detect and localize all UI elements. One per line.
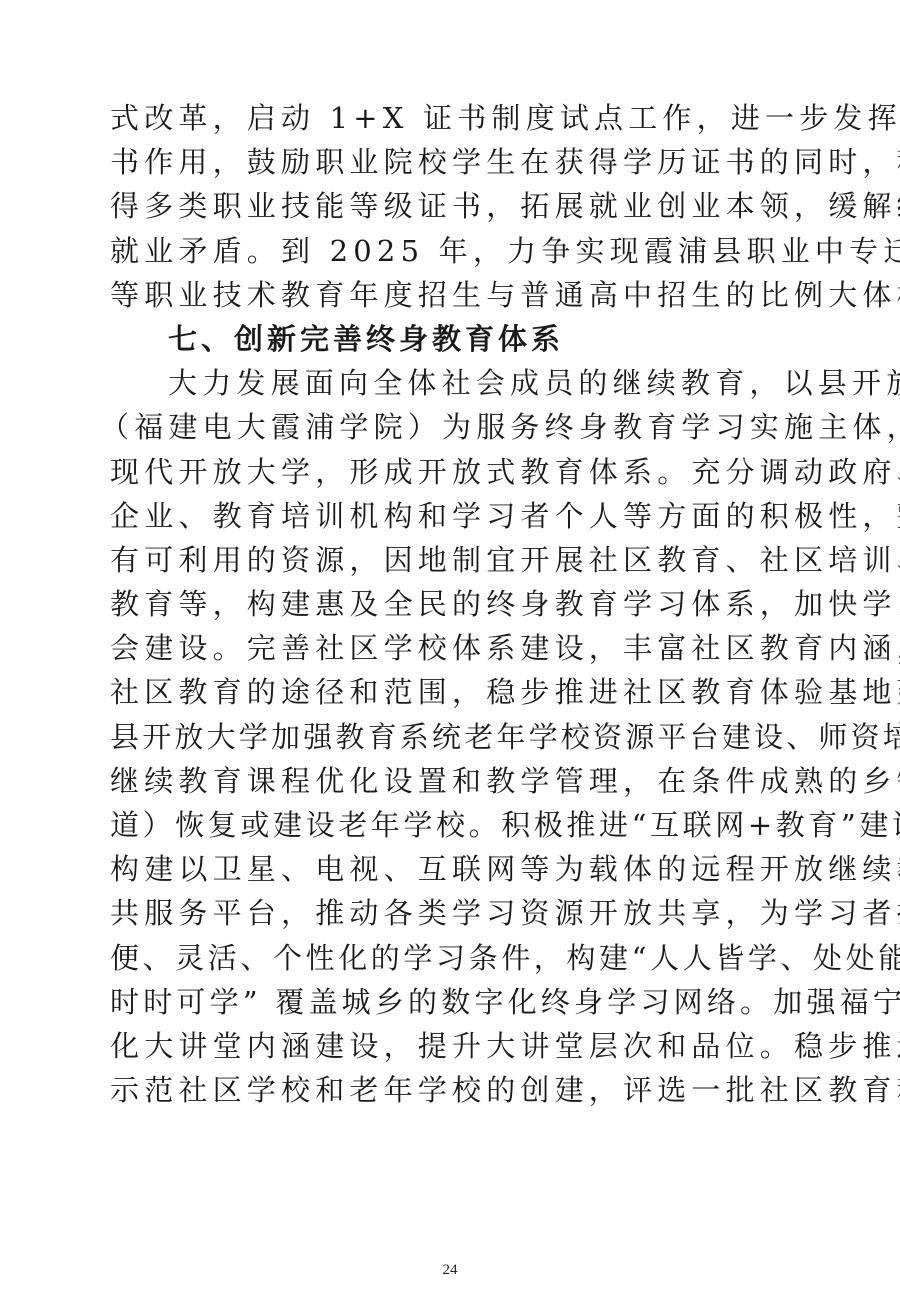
text-line: 时时可学” 覆盖城乡的数字化终身学习网络。加强福宁文 [110, 980, 810, 1024]
text-line: 书作用，鼓励职业院校学生在获得学历证书的同时，积极取 [110, 140, 810, 184]
text-line: 得多类职业技能等级证书，拓展就业创业本领，缓解结构性 [110, 184, 810, 228]
body-text: 式改革，启动 1+X 证书制度试点工作，进一步发挥好学历证 书作用，鼓励职业院校… [110, 96, 810, 1112]
text-line: 就业矛盾。到 2025 年，力争实现霞浦县职业中专迁建，中 [110, 229, 810, 273]
text-line: 社区教育的途径和范围，稳步推进社区教育体验基地建设。 [110, 670, 810, 714]
text-line: 有可利用的资源，因地制宜开展社区教育、社区培训、老年 [110, 538, 810, 582]
section-heading: 七、创新完善终身教育体系 [110, 317, 810, 361]
text-line: 等职业技术教育年度招生与普通高中招生的比例大体相当。 [110, 273, 810, 317]
text-line: 县开放大学加强教育系统老年学校资源平台建设、师资培训、 [110, 715, 810, 759]
text-line: 示范社区学校和老年学校的创建，评选一批社区教育和老年 [110, 1068, 810, 1112]
text-line: 构建以卫星、电视、互联网等为载体的远程开放继续教育公 [110, 847, 810, 891]
text-line: 化大讲堂内涵建设，提升大讲堂层次和品位。稳步推进县级 [110, 1024, 810, 1068]
document-page: 式改革，启动 1+X 证书制度试点工作，进一步发挥好学历证 书作用，鼓励职业院校… [0, 0, 900, 1299]
text-line: 道）恢复或建设老年学校。积极推进“互联网+教育”建设， [110, 803, 810, 847]
text-line: 会建设。完善社区学校体系建设，丰富社区教育内涵，扩大 [110, 626, 810, 670]
page-number: 24 [0, 1262, 900, 1279]
text-line: 继续教育课程优化设置和教学管理，在条件成熟的乡镇（街 [110, 759, 810, 803]
text-line: 式改革，启动 1+X 证书制度试点工作，进一步发挥好学历证 [110, 96, 810, 140]
text-line: 大力发展面向全体社会成员的继续教育，以县开放大学 [110, 361, 810, 405]
text-line: 现代开放大学，形成开放式教育体系。充分调动政府、行业、 [110, 450, 810, 494]
text-line: 企业、教育培训机构和学习者个人等方面的积极性，整合所 [110, 494, 810, 538]
text-line: 便、灵活、个性化的学习条件，构建“人人皆学、处处能学、 [110, 936, 810, 980]
text-line: 共服务平台，推动各类学习资源开放共享，为学习者提供方 [110, 891, 810, 935]
text-line: 教育等，构建惠及全民的终身教育学习体系，加快学习型社 [110, 582, 810, 626]
text-line: （福建电大霞浦学院）为服务终身教育学习实施主体，建设 [100, 405, 810, 449]
